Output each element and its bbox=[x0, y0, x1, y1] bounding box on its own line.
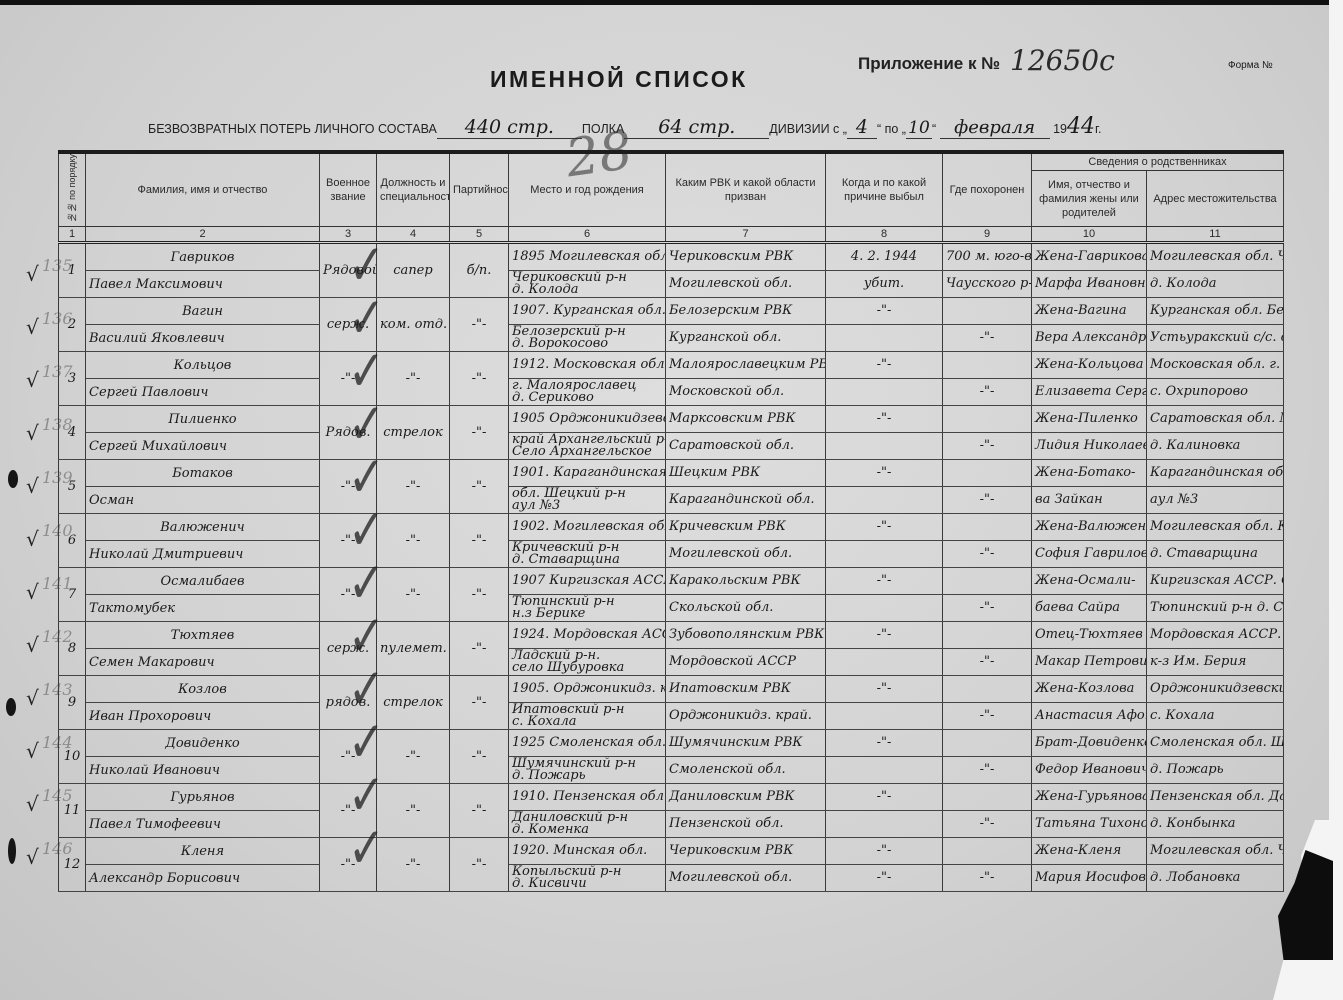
margin-archive-number: 141 bbox=[42, 574, 73, 593]
margin-checkmark-icon: √ bbox=[26, 845, 39, 869]
birth-district: край Архангельский р-нСело Архангельское bbox=[509, 433, 666, 460]
document-page: ИМЕННОЙ СПИСОК Приложение к № 12650с Фор… bbox=[0, 0, 1343, 1000]
position: стрелок bbox=[377, 676, 450, 730]
burial-place bbox=[943, 460, 1032, 487]
relative-type: Жена-Гаврикова bbox=[1032, 243, 1147, 271]
birth-district: Копыльский р-нд. Кисвичи bbox=[509, 865, 666, 892]
rvk-region: Пензенской обл. bbox=[666, 811, 826, 838]
surname: Кленя bbox=[86, 838, 320, 865]
address-line1: Орджоникидзевский край Ипатовский р-н bbox=[1147, 676, 1284, 703]
col-header-burial: Где похоронен bbox=[943, 152, 1032, 227]
given-name: Сергей Михайлович bbox=[86, 433, 320, 460]
when-cause-2 bbox=[826, 649, 943, 676]
burial-place-2: -"- bbox=[943, 433, 1032, 460]
when-cause-2 bbox=[826, 757, 943, 784]
birth-district: Ладский р-н.село Шубуровка bbox=[509, 649, 666, 676]
table-row-surname: 9 Козлов рядов. стрелок -"- 1905. Орджон… bbox=[59, 676, 1284, 703]
when-cause: -"- bbox=[826, 298, 943, 325]
when-cause: -"- bbox=[826, 730, 943, 757]
birth-district: Чериковский р-нд. Колода bbox=[509, 271, 666, 298]
division-label: ДИВИЗИИ с bbox=[769, 122, 839, 136]
month-value: февраля bbox=[940, 117, 1050, 139]
margin-archive-number: 136 bbox=[42, 309, 73, 328]
when-cause: -"- bbox=[826, 460, 943, 487]
birth-year-region: 1907. Курганская обл. bbox=[509, 298, 666, 325]
when-cause-2 bbox=[826, 487, 943, 514]
rvk-district: Ипатовским РВК bbox=[666, 676, 826, 703]
relative-type: Жена-Вагина bbox=[1032, 298, 1147, 325]
surname: Козлов bbox=[86, 676, 320, 703]
torn-corner-shadow bbox=[1278, 850, 1333, 960]
date-to: 10 bbox=[906, 118, 932, 139]
table-row-surname: 12 Кленя -"- -"- -"- 1920. Минская обл. … bbox=[59, 838, 1284, 865]
burial-place bbox=[943, 352, 1032, 379]
relative-name: баева Сайра bbox=[1032, 595, 1147, 622]
birth-district: Ипатовский р-нс. Кохала bbox=[509, 703, 666, 730]
party: -"- bbox=[450, 784, 509, 838]
birth-district: Даниловский р-нд. Коменка bbox=[509, 811, 666, 838]
burial-place-2: -"- bbox=[943, 541, 1032, 568]
table-row-given: Николай Иванович Шумячинский р-нд. Пожар… bbox=[59, 757, 1284, 784]
birth-district: Шумячинский р-нд. Пожарь bbox=[509, 757, 666, 784]
party: -"- bbox=[450, 352, 509, 406]
table-row-surname: 7 Осмалибаев -"- -"- -"- 1907 Киргизская… bbox=[59, 568, 1284, 595]
margin-checkmark-icon: √ bbox=[26, 527, 39, 551]
punch-hole-icon bbox=[8, 470, 18, 488]
rvk-district: Чериковским РВК bbox=[666, 838, 826, 865]
when-cause: -"- bbox=[826, 676, 943, 703]
relative-type: Жена-Кольцова bbox=[1032, 352, 1147, 379]
burial-place-2: -"- bbox=[943, 865, 1032, 892]
punch-hole-icon bbox=[6, 698, 16, 716]
given-name: Семен Макарович bbox=[86, 649, 320, 676]
address-line2: с. Охрипорово bbox=[1147, 379, 1284, 406]
party: -"- bbox=[450, 568, 509, 622]
rvk-district: Каракольским РВК bbox=[666, 568, 826, 595]
surname: Осмалибаев bbox=[86, 568, 320, 595]
relative-name: Мария Иосифовна bbox=[1032, 865, 1147, 892]
address-line2: к-з Им. Берия bbox=[1147, 649, 1284, 676]
address-line1: Смоленская обл. Шумячинский р-н bbox=[1147, 730, 1284, 757]
relative-type: Отец-Тюхтяев bbox=[1032, 622, 1147, 649]
party: -"- bbox=[450, 622, 509, 676]
party: -"- bbox=[450, 514, 509, 568]
when-cause: -"- bbox=[826, 406, 943, 433]
when-cause-2: -"- bbox=[826, 865, 943, 892]
address-line2: аул №3 bbox=[1147, 487, 1284, 514]
table-row-surname: 8 Тюхтяев серж. пулемет. -"- 1924. Мордо… bbox=[59, 622, 1284, 649]
appendix-label: Приложение к № bbox=[858, 54, 1000, 74]
margin-checkmark-icon: √ bbox=[26, 739, 39, 763]
col-header-when: Когда и по какой причине выбыл bbox=[826, 152, 943, 227]
margin-checkmark-icon: √ bbox=[26, 633, 39, 657]
table-row-given: Иван Прохорович Ипатовский р-нс. Кохала … bbox=[59, 703, 1284, 730]
table-row-surname: 5 Ботаков -"- -"- -"- 1901. Карагандинск… bbox=[59, 460, 1284, 487]
position: сапер bbox=[377, 243, 450, 298]
surname: Валюженич bbox=[86, 514, 320, 541]
when-cause-2 bbox=[826, 325, 943, 352]
party: -"- bbox=[450, 298, 509, 352]
rvk-region: Саратовской обл. bbox=[666, 433, 826, 460]
position: -"- bbox=[377, 352, 450, 406]
burial-place bbox=[943, 298, 1032, 325]
col-header-birth: Место и год рождения bbox=[509, 152, 666, 227]
table-header-row: №№ по порядку Фамилия, имя и отчество Во… bbox=[59, 152, 1284, 171]
address-line2: д. Ставарщина bbox=[1147, 541, 1284, 568]
birth-year-region: 1905 Орджоникидзевский bbox=[509, 406, 666, 433]
given-name: Николай Дмитриевич bbox=[86, 541, 320, 568]
address-line1: Курганская обл. Белозерский р-н bbox=[1147, 298, 1284, 325]
margin-archive-number: 144 bbox=[42, 733, 73, 752]
address-line1: Мордовская АССР. Ладский р-н bbox=[1147, 622, 1284, 649]
register-body: 1 Гавриков Рядовой сапер б/п. 1895 Могил… bbox=[59, 243, 1284, 892]
address-line1: Могилевская обл. Чериковский р-н bbox=[1147, 243, 1284, 271]
address-line2: д. Лобановка bbox=[1147, 865, 1284, 892]
address-line1: Московская обл. г. Малоярославец bbox=[1147, 352, 1284, 379]
year-prefix: 19 bbox=[1053, 122, 1067, 136]
birth-year-region: 1901. Карагандинская bbox=[509, 460, 666, 487]
burial-place-2: -"- bbox=[943, 703, 1032, 730]
margin-archive-number: 145 bbox=[42, 786, 73, 805]
when-cause: -"- bbox=[826, 352, 943, 379]
rvk-district: Кричевским РВК bbox=[666, 514, 826, 541]
burial-place-2: -"- bbox=[943, 487, 1032, 514]
margin-checkmark-icon: √ bbox=[26, 262, 39, 286]
burial-place bbox=[943, 784, 1032, 811]
relative-name: Лидия Николаевна bbox=[1032, 433, 1147, 460]
birth-year-region: 1925 Смоленская обл. bbox=[509, 730, 666, 757]
relative-name: ва Зайкан bbox=[1032, 487, 1147, 514]
when-cause: -"- bbox=[826, 784, 943, 811]
burial-place: 700 м. юго-восточнее дер. Новоселки bbox=[943, 243, 1032, 271]
address-line2: д. Калиновка bbox=[1147, 433, 1284, 460]
col-header-name: Фамилия, имя и отчество bbox=[86, 152, 320, 227]
given-name: Иван Прохорович bbox=[86, 703, 320, 730]
burial-place bbox=[943, 514, 1032, 541]
rvk-district: Белозерским РВК bbox=[666, 298, 826, 325]
casualty-register-table: №№ по порядку Фамилия, имя и отчество Во… bbox=[58, 150, 1284, 892]
margin-archive-number: 142 bbox=[42, 627, 73, 646]
relative-type: Жена-Гурьянова bbox=[1032, 784, 1147, 811]
appendix-number: 12650с bbox=[1010, 44, 1115, 77]
birth-year-region: 1910. Пензенская обл. bbox=[509, 784, 666, 811]
position: -"- bbox=[377, 514, 450, 568]
table-row-given: Александр Борисович Копыльский р-нд. Кис… bbox=[59, 865, 1284, 892]
when-cause-2 bbox=[826, 379, 943, 406]
party: б/п. bbox=[450, 243, 509, 298]
address-line2: д. Конбынка bbox=[1147, 811, 1284, 838]
col-group-relatives: Сведения о родственниках bbox=[1032, 152, 1284, 171]
year-suffix: 44 bbox=[1067, 114, 1095, 139]
rvk-district: Чериковским РВК bbox=[666, 243, 826, 271]
given-name: Павел Тимофеевич bbox=[86, 811, 320, 838]
rvk-region: Могилевской обл. bbox=[666, 541, 826, 568]
margin-archive-number: 143 bbox=[42, 680, 73, 699]
address-line1: Могилевская обл. Чериковский р-н bbox=[1147, 838, 1284, 865]
year-end: г. bbox=[1095, 122, 1102, 136]
given-name: Павел Максимович bbox=[86, 271, 320, 298]
relative-name: Анастасия Афонасьевна bbox=[1032, 703, 1147, 730]
birth-year-region: 1912. Московская обл. bbox=[509, 352, 666, 379]
birth-year-region: 1902. Могилевская обл. bbox=[509, 514, 666, 541]
table-row-given: Сергей Михайлович край Архангельский р-н… bbox=[59, 433, 1284, 460]
document-title: ИМЕННОЙ СПИСОК bbox=[490, 66, 748, 93]
relative-name: Макар Петрович bbox=[1032, 649, 1147, 676]
birth-district: Белозерский р-нд. Ворокосово bbox=[509, 325, 666, 352]
form-label: Форма № bbox=[1228, 60, 1273, 71]
address-line1: Саратовская обл. Марксовский р-н bbox=[1147, 406, 1284, 433]
table-row-given: Василий Яковлевич Белозерский р-нд. Воро… bbox=[59, 325, 1284, 352]
party: -"- bbox=[450, 460, 509, 514]
table-row-surname: 1 Гавриков Рядовой сапер б/п. 1895 Могил… bbox=[59, 243, 1284, 271]
when-cause: 4. 2. 1944 bbox=[826, 243, 943, 271]
table-row-given: Семен Макарович Ладский р-н.село Шубуров… bbox=[59, 649, 1284, 676]
rvk-region: Могилевской обл. bbox=[666, 865, 826, 892]
position: -"- bbox=[377, 784, 450, 838]
when-cause-2 bbox=[826, 595, 943, 622]
rvk-district: Малоярославецким РВК bbox=[666, 352, 826, 379]
col-header-address: Адрес местожительства bbox=[1147, 171, 1284, 227]
column-number-row: 12 34 56 78 910 11 bbox=[59, 227, 1284, 243]
address-line1: Киргизская АССР. Скольская обл. bbox=[1147, 568, 1284, 595]
table-row-given: Тактомубек Тюпинский р-нн.з Берике Сколь… bbox=[59, 595, 1284, 622]
given-name: Сергей Павлович bbox=[86, 379, 320, 406]
table-row-surname: 10 Довиденко -"- -"- -"- 1925 Смоленская… bbox=[59, 730, 1284, 757]
when-cause: -"- bbox=[826, 514, 943, 541]
address-line2: д. Колода bbox=[1147, 271, 1284, 298]
rvk-region: Мордовской АССР bbox=[666, 649, 826, 676]
rvk-region: Смоленской обл. bbox=[666, 757, 826, 784]
regiment-label: ПОЛКА bbox=[582, 122, 624, 136]
date-to-label: по bbox=[885, 122, 899, 136]
burial-place bbox=[943, 676, 1032, 703]
when-cause-2 bbox=[826, 541, 943, 568]
position: стрелок bbox=[377, 406, 450, 460]
margin-checkmark-icon: √ bbox=[26, 315, 39, 339]
surname: Тюхтяев bbox=[86, 622, 320, 649]
relative-name: Федор Иванович bbox=[1032, 757, 1147, 784]
margin-checkmark-icon: √ bbox=[26, 686, 39, 710]
table-row-given: Осман обл. Шецкий р-наул №3 Карагандинск… bbox=[59, 487, 1284, 514]
subtitle-prefix: БЕЗВОЗВРАТНЫХ ПОТЕРЬ ЛИЧНОГО СОСТАВА bbox=[148, 122, 437, 136]
address-line2: Тюпинский р-н д. Ставарщина bbox=[1147, 595, 1284, 622]
rvk-region: Орджоникидз. край. bbox=[666, 703, 826, 730]
burial-place-2: -"- bbox=[943, 379, 1032, 406]
birth-district: Тюпинский р-нн.з Берике bbox=[509, 595, 666, 622]
when-cause: -"- bbox=[826, 838, 943, 865]
relative-type: Жена-Ботако- bbox=[1032, 460, 1147, 487]
rvk-region: Курганской обл. bbox=[666, 325, 826, 352]
table-row-surname: 4 Пилиенко Рядов. стрелок -"- 1905 Орджо… bbox=[59, 406, 1284, 433]
when-cause: -"- bbox=[826, 622, 943, 649]
surname: Довиденко bbox=[86, 730, 320, 757]
burial-place-2: -"- bbox=[943, 649, 1032, 676]
address-line1: Могилевская обл. Кричевский р-н bbox=[1147, 514, 1284, 541]
rvk-region: Скольской обл. bbox=[666, 595, 826, 622]
relative-type: Жена-Кленя bbox=[1032, 838, 1147, 865]
division-value: 64 стр. bbox=[624, 116, 769, 139]
table-row-surname: 3 Кольцов -"- -"- -"- 1912. Московская о… bbox=[59, 352, 1284, 379]
margin-archive-number: 140 bbox=[42, 521, 73, 540]
birth-district: г. Малоярославецд. Сериково bbox=[509, 379, 666, 406]
address-line1: Карагандинская обл. Шецкий р-н bbox=[1147, 460, 1284, 487]
birth-year-region: 1895 Могилевская обл. bbox=[509, 243, 666, 271]
col-header-number: №№ по порядку bbox=[59, 152, 86, 227]
col-header-rvk: Каким РВК и какой области призван bbox=[666, 152, 826, 227]
table-row-given: Павел Максимович Чериковский р-нд. Колод… bbox=[59, 271, 1284, 298]
col-header-position: Должность и специальность bbox=[377, 152, 450, 227]
margin-archive-number: 139 bbox=[42, 468, 73, 487]
table-row-given: Сергей Павлович г. Малоярославецд. Серик… bbox=[59, 379, 1284, 406]
relative-name: Елизавета Сергеевна bbox=[1032, 379, 1147, 406]
relative-name: Вера Александр. bbox=[1032, 325, 1147, 352]
burial-place bbox=[943, 406, 1032, 433]
margin-archive-number: 135 bbox=[42, 256, 73, 275]
relative-name: Татьяна Тихоновна bbox=[1032, 811, 1147, 838]
birth-year-region: 1907 Киргизская АССР bbox=[509, 568, 666, 595]
address-line1: Пензенская обл. Даниловский р-н bbox=[1147, 784, 1284, 811]
rvk-region: Могилевской обл. bbox=[666, 271, 826, 298]
margin-checkmark-icon: √ bbox=[26, 368, 39, 392]
margin-checkmark-icon: √ bbox=[26, 474, 39, 498]
surname: Кольцов bbox=[86, 352, 320, 379]
table-row-given: Николай Дмитриевич Кричевский р-нд. Став… bbox=[59, 541, 1284, 568]
position: -"- bbox=[377, 838, 450, 892]
table-row-surname: 2 Вагин серж. ком. отд. -"- 1907. Курган… bbox=[59, 298, 1284, 325]
given-name: Осман bbox=[86, 487, 320, 514]
given-name: Николай Иванович bbox=[86, 757, 320, 784]
party: -"- bbox=[450, 406, 509, 460]
verification-checkmark-icon: ✓ bbox=[348, 815, 385, 881]
burial-place-2: -"- bbox=[943, 811, 1032, 838]
burial-place-2: -"- bbox=[943, 325, 1032, 352]
punch-hole-icon bbox=[8, 838, 16, 864]
address-line2: д. Пожарь bbox=[1147, 757, 1284, 784]
document-subtitle: БЕЗВОЗВРАТНЫХ ПОТЕРЬ ЛИЧНОГО СОСТАВА440 … bbox=[148, 114, 1102, 139]
surname: Ботаков bbox=[86, 460, 320, 487]
party: -"- bbox=[450, 838, 509, 892]
position: -"- bbox=[377, 730, 450, 784]
surname: Пилиенко bbox=[86, 406, 320, 433]
table-row-surname: 6 Валюженич -"- -"- -"- 1902. Могилевска… bbox=[59, 514, 1284, 541]
surname: Гурьянов bbox=[86, 784, 320, 811]
position: ком. отд. bbox=[377, 298, 450, 352]
birth-district: Кричевский р-нд. Ставарщина bbox=[509, 541, 666, 568]
burial-place-2: Чаусского р-на Могилевской обл. bbox=[943, 271, 1032, 298]
col-header-relative-name: Имя, отчество и фамилия жены или родител… bbox=[1032, 171, 1147, 227]
when-cause-2: убит. bbox=[826, 271, 943, 298]
margin-archive-number: 138 bbox=[42, 415, 73, 434]
margin-archive-number: 146 bbox=[42, 839, 73, 858]
margin-archive-number: 137 bbox=[42, 362, 73, 381]
rvk-district: Даниловским РВК bbox=[666, 784, 826, 811]
birth-year-region: 1920. Минская обл. bbox=[509, 838, 666, 865]
position: пулемет. bbox=[377, 622, 450, 676]
col-header-party: Партийность bbox=[450, 152, 509, 227]
relative-name: София Гавриловна bbox=[1032, 541, 1147, 568]
when-cause-2 bbox=[826, 433, 943, 460]
birth-year-region: 1924. Мордовская АССР bbox=[509, 622, 666, 649]
burial-place bbox=[943, 622, 1032, 649]
rvk-district: Шецким РВК bbox=[666, 460, 826, 487]
burial-place-2: -"- bbox=[943, 595, 1032, 622]
position: -"- bbox=[377, 460, 450, 514]
relative-type: Жена-Козлова bbox=[1032, 676, 1147, 703]
burial-place-2: -"- bbox=[943, 757, 1032, 784]
rvk-region: Московской обл. bbox=[666, 379, 826, 406]
party: -"- bbox=[450, 676, 509, 730]
birth-year-region: 1905. Орджоникидз. край bbox=[509, 676, 666, 703]
address-line2: Устьуракский с/с. д. Ворокосово bbox=[1147, 325, 1284, 352]
rvk-district: Зубовополянским РВК bbox=[666, 622, 826, 649]
rvk-district: Шумячинским РВК bbox=[666, 730, 826, 757]
birth-district: обл. Шецкий р-наул №3 bbox=[509, 487, 666, 514]
regiment-value: 440 стр. bbox=[437, 116, 582, 139]
position: -"- bbox=[377, 568, 450, 622]
burial-place bbox=[943, 730, 1032, 757]
given-name: Василий Яковлевич bbox=[86, 325, 320, 352]
given-name: Тактомубек bbox=[86, 595, 320, 622]
table-row-surname: 11 Гурьянов -"- -"- -"- 1910. Пензенская… bbox=[59, 784, 1284, 811]
rvk-region: Карагандинской обл. bbox=[666, 487, 826, 514]
when-cause-2 bbox=[826, 703, 943, 730]
scan-border bbox=[0, 0, 1343, 5]
date-from: 4 bbox=[847, 116, 877, 139]
when-cause: -"- bbox=[826, 568, 943, 595]
burial-place bbox=[943, 568, 1032, 595]
relative-type: Брат-Довиденко bbox=[1032, 730, 1147, 757]
margin-checkmark-icon: √ bbox=[26, 421, 39, 445]
given-name: Александр Борисович bbox=[86, 865, 320, 892]
relative-type: Жена-Валюженич bbox=[1032, 514, 1147, 541]
table-row-given: Павел Тимофеевич Даниловский р-нд. Комен… bbox=[59, 811, 1284, 838]
burial-place bbox=[943, 838, 1032, 865]
rvk-district: Марксовским РВК bbox=[666, 406, 826, 433]
relative-name: Марфа Ивановна bbox=[1032, 271, 1147, 298]
party: -"- bbox=[450, 730, 509, 784]
margin-checkmark-icon: √ bbox=[26, 580, 39, 604]
relative-type: Жена-Осмали- bbox=[1032, 568, 1147, 595]
surname: Гавриков bbox=[86, 243, 320, 271]
surname: Вагин bbox=[86, 298, 320, 325]
address-line2: с. Кохала bbox=[1147, 703, 1284, 730]
relative-type: Жена-Пиленко bbox=[1032, 406, 1147, 433]
col-header-rank: Военное звание bbox=[320, 152, 377, 227]
when-cause-2 bbox=[826, 811, 943, 838]
margin-checkmark-icon: √ bbox=[26, 792, 39, 816]
